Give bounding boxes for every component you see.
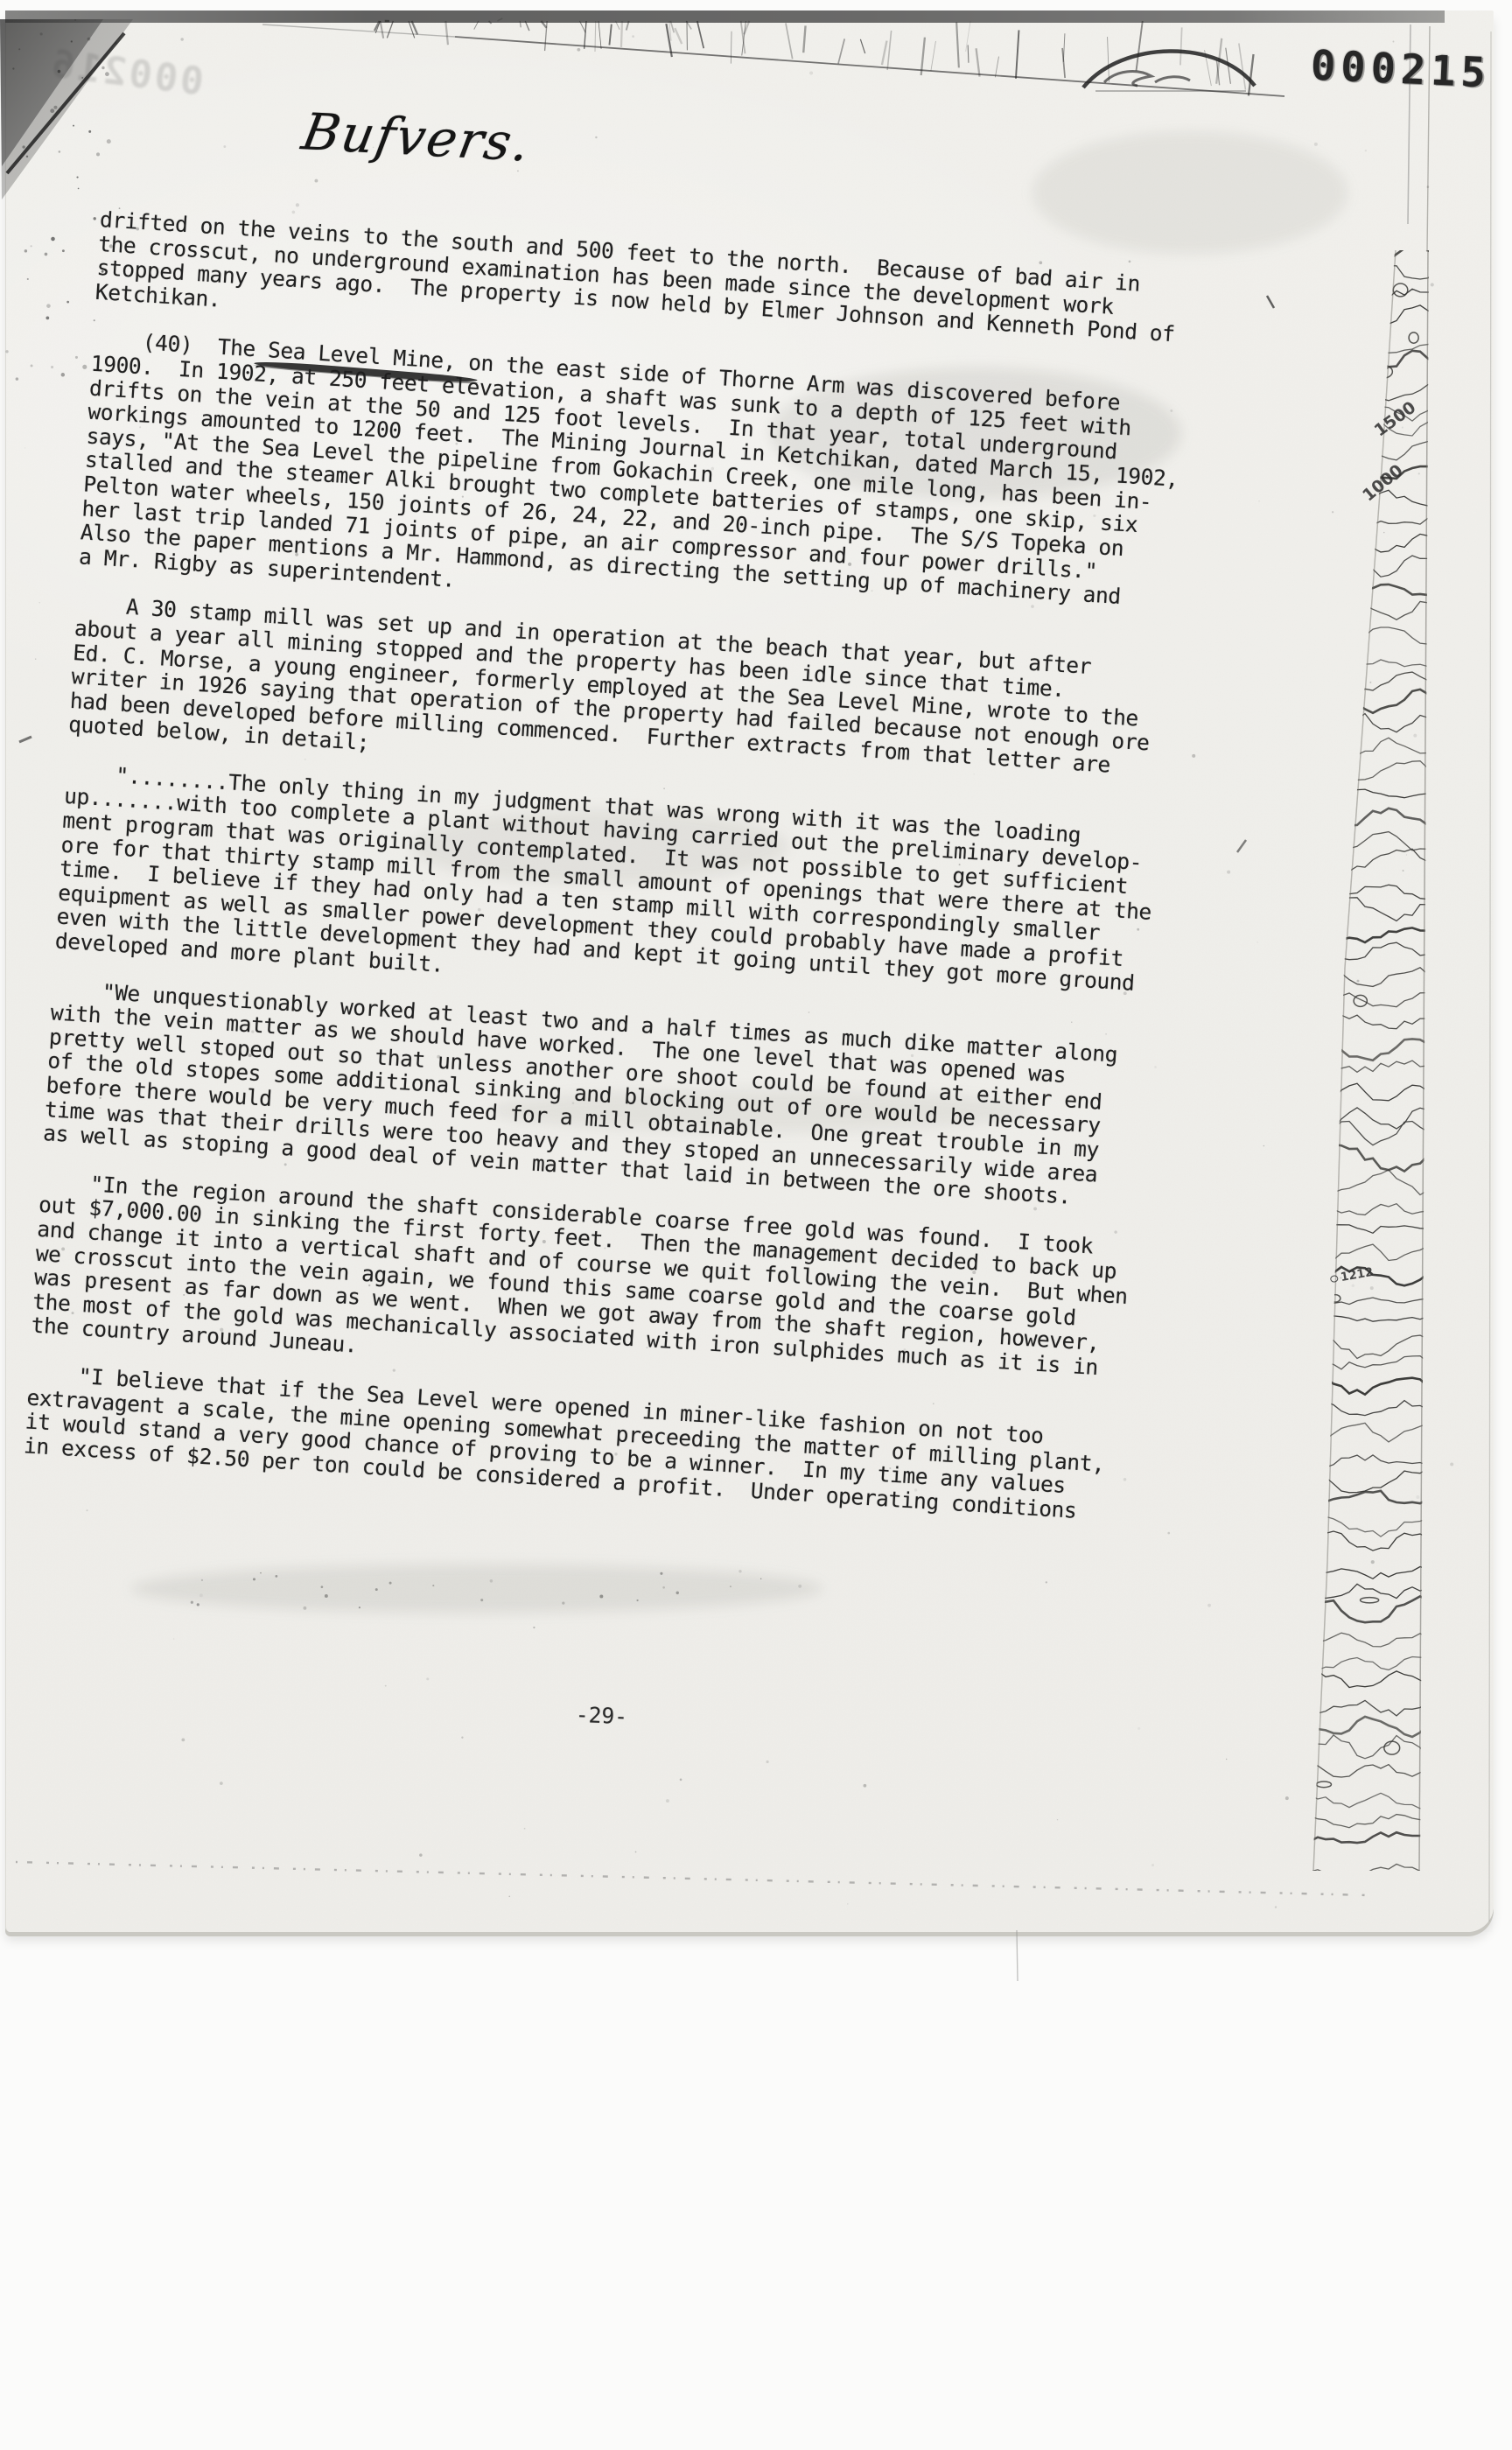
top-edge-shadow bbox=[5, 10, 1445, 23]
scanned-page-background: { "page": { "stamp_number": "000215", "s… bbox=[0, 0, 1512, 2450]
stray-hair-line bbox=[1017, 1930, 1018, 1981]
photocopy-smudge bbox=[1032, 131, 1347, 254]
typed-text-block: drifted on the veins to the south and 50… bbox=[22, 207, 1324, 1557]
spot-elevation-ring-icon bbox=[1330, 1275, 1339, 1283]
paragraph: (40) The Sea Level Mine, on the east sid… bbox=[78, 327, 1315, 644]
page-number: -29- bbox=[575, 1702, 627, 1730]
handwritten-annotation: Bufvers. bbox=[298, 106, 535, 168]
archive-stamp-number: 000215 bbox=[1310, 45, 1492, 94]
photocopy-smudge bbox=[131, 1564, 822, 1613]
